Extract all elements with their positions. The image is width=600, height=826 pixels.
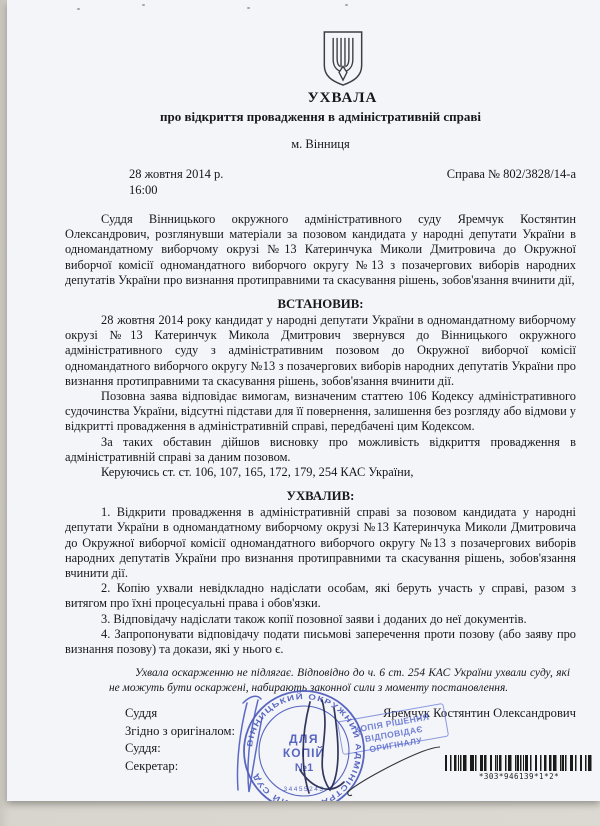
established-paragraph: 28 жовтня 2014 року кандидат у народні д…	[65, 313, 576, 389]
scanner-background: УХВАЛА про відкриття провадження в адмін…	[0, 0, 600, 826]
case-number: Справа № 802/3828/14-а	[447, 166, 576, 198]
barcode-bars	[445, 755, 593, 771]
ukraine-trident-emblem	[320, 30, 366, 87]
round-stamp-code: 34455243	[284, 786, 325, 793]
decision-date: 28 жовтня 2014 р.	[129, 166, 223, 182]
barcode-label: *303*946139*1*2*	[444, 772, 594, 781]
barcode: *303*946139*1*2*	[444, 755, 594, 781]
document-title: УХВАЛА	[87, 89, 598, 107]
document-content: УХВАЛА про відкриття провадження в адмін…	[65, 0, 576, 775]
ruled-item: 1. Відкрити провадження в адміністративн…	[65, 505, 576, 581]
document-page: УХВАЛА про відкриття провадження в адмін…	[7, 0, 600, 801]
decision-time: 16:00	[129, 182, 223, 198]
intro-paragraph: Суддя Вінницького окружного адміністрати…	[65, 212, 576, 288]
certified-label: Згідно з оригіналом:	[65, 723, 576, 741]
ruled-item: 2. Копію ухвали невідкладно надіслати ос…	[65, 581, 576, 611]
judge-label: Суддя	[125, 705, 157, 723]
document-subtitle: про відкриття провадження в адміністрати…	[65, 108, 576, 125]
signature-row: Суддя Яремчук Костянтин Олександрович	[65, 705, 576, 723]
ruled-item: 3. Відповідачу надіслати також копії поз…	[65, 612, 576, 627]
meta-row: 28 жовтня 2014 р. 16:00 Справа № 802/382…	[65, 166, 576, 198]
established-paragraph: Керуючись ст. ст. 106, 107, 165, 172, 17…	[65, 465, 576, 480]
appeal-note: Ухвала оскарженню не підлягає. Відповідн…	[109, 666, 570, 695]
established-paragraph: Позовна заява відповідає вимогам, визнач…	[65, 389, 576, 435]
ruled-heading: УХВАЛИВ:	[65, 488, 576, 504]
established-heading: ВСТАНОВИВ:	[65, 296, 576, 312]
city-line: м. Вінниця	[65, 137, 576, 152]
date-time-block: 28 жовтня 2014 р. 16:00	[129, 166, 223, 198]
ruled-item: 4. Запропонувати відповідачу подати пись…	[65, 627, 576, 657]
established-paragraph: За таких обставин дійшов висновку про мо…	[65, 435, 576, 465]
